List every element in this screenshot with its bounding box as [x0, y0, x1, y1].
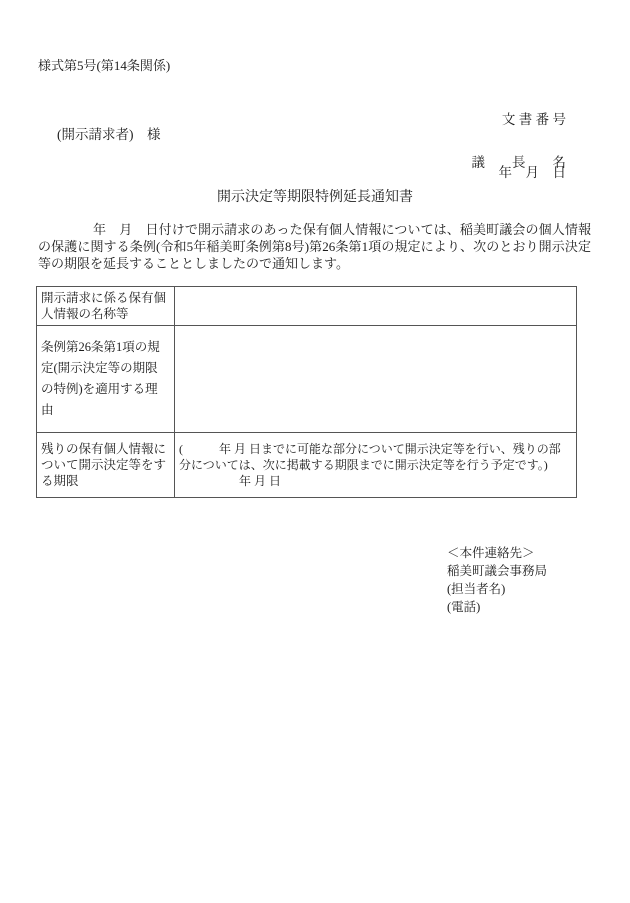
- addressee: (開示請求者) 様: [57, 126, 161, 143]
- contact-organization: 稲美町議会事務局: [447, 562, 547, 580]
- row-value-reason: [175, 326, 577, 433]
- contact-heading: ＜本件連絡先＞: [447, 544, 547, 562]
- row-label-reason: 条例第26条第1項の規定(開示決定等の期限の特例)を適用する理由: [37, 326, 175, 433]
- table-row: 条例第26条第1項の規定(開示決定等の期限の特例)を適用する理由: [37, 326, 577, 433]
- row-value-information-name: [175, 287, 577, 326]
- row-value-deadline: ( 年 月 日までに可能な部分について開示決定等を行い、残りの部分については、次…: [175, 433, 577, 498]
- table-row: 開示請求に係る保有個人情報の名称等: [37, 287, 577, 326]
- row-label-information-name: 開示請求に係る保有個人情報の名称等: [37, 287, 175, 326]
- contact-phone: (電話): [447, 598, 547, 616]
- form-number: 様式第5号(第14条関係): [38, 58, 170, 74]
- contact-block: ＜本件連絡先＞ 稲美町議会事務局 (担当者名) (電話): [447, 544, 547, 616]
- contact-person: (担当者名): [447, 580, 547, 598]
- sender-name: 議 長 名: [472, 154, 567, 171]
- notice-table: 開示請求に係る保有個人情報の名称等 条例第26条第1項の規定(開示決定等の期限の…: [36, 286, 577, 498]
- document-number-label: 文 書 番 号: [499, 111, 567, 129]
- body-paragraph: 年 月 日付けで開示請求のあった保有個人情報については、稲美町議会の個人情報の保…: [38, 221, 591, 272]
- row-label-deadline: 残りの保有個人情報について開示決定等をする期限: [37, 433, 175, 498]
- table-row: 残りの保有個人情報について開示決定等をする期限 ( 年 月 日までに可能な部分に…: [37, 433, 577, 498]
- document-page: 様式第5号(第14条関係) 文 書 番 号 年 月 日 (開示請求者) 様 議 …: [0, 0, 630, 903]
- document-title: 開示決定等期限特例延長通知書: [0, 189, 630, 207]
